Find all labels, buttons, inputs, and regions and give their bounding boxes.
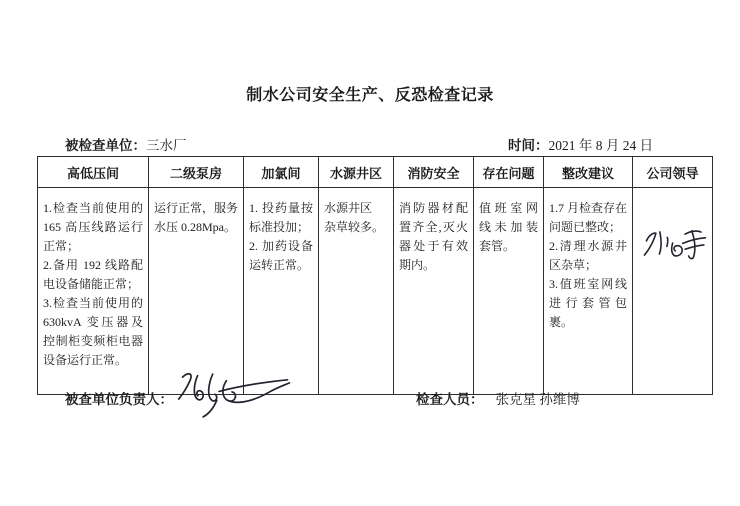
cell-text-water-source-well-area: 水源井区 杂草较多。 [324, 199, 388, 237]
cell-text-chlorination-room: 1. 投药量按标准投加； 2. 加药设备运转正常。 [249, 199, 313, 275]
responsible-person-line: 被查单位负责人： [65, 388, 173, 408]
date-value: 2021 年 8 月 24 日 [549, 138, 654, 153]
cell-text-high-low-voltage-room: 1.检查当前使用的165 高压线路运行正常； 2.备用 192 线路配电设备储能… [43, 199, 143, 370]
cell-fire-safety: 消防器材配置齐全,灭火器处于有效期内。 [394, 188, 474, 395]
inspected-unit-value: 三水厂 [146, 138, 187, 153]
cell-text-existing-problems: 值班室网线未加装套管。 [479, 199, 538, 256]
inspector-line: 检查人员：张克星 孙维博 [416, 388, 580, 408]
column-header-existing-problems: 存在问题 [474, 157, 544, 188]
document-page: 制水公司安全生产、反恐检查记录 被检查单位：三水厂 时间：2021 年 8 月 … [0, 0, 740, 506]
cell-company-leader-signature [633, 188, 713, 395]
inspector-label: 检查人员： [416, 392, 484, 407]
inspected-unit-line: 被检查单位：三水厂 [65, 134, 187, 154]
cell-text-rectification-suggestions: 1.7 月检查存在问题已整改； 2.清理水源井区杂草； 3.值班室网线进行套管包… [549, 199, 627, 332]
column-header-secondary-pump-room: 二级泵房 [149, 157, 244, 188]
column-header-fire-safety: 消防安全 [394, 157, 474, 188]
column-header-chlorination-room: 加氯间 [244, 157, 319, 188]
cell-secondary-pump-room: 运行正常，服务水压 0.28Mpa。 [149, 188, 244, 395]
column-header-company-leader: 公司领导 [633, 157, 713, 188]
inspector-names: 张克星 孙维博 [496, 392, 580, 407]
cell-text-fire-safety: 消防器材配置齐全,灭火器处于有效期内。 [399, 199, 468, 275]
column-header-high-low-voltage-room: 高低压间 [38, 157, 149, 188]
cell-high-low-voltage-room: 1.检查当前使用的165 高压线路运行正常； 2.备用 192 线路配电设备储能… [38, 188, 149, 395]
page-title: 制水公司安全生产、反恐检查记录 [0, 82, 740, 105]
cell-existing-problems: 值班室网线未加装套管。 [474, 188, 544, 395]
column-header-water-source-well-area: 水源井区 [319, 157, 394, 188]
column-header-rectification-suggestions: 整改建议 [544, 157, 633, 188]
date-label: 时间： [508, 138, 549, 153]
table-body-row: 1.检查当前使用的165 高压线路运行正常； 2.备用 192 线路配电设备储能… [38, 188, 713, 395]
cell-water-source-well-area: 水源井区 杂草较多。 [319, 188, 394, 395]
date-line: 时间：2021 年 8 月 24 日 [508, 134, 653, 154]
responsible-person-label: 被查单位负责人： [65, 392, 173, 407]
cell-chlorination-room: 1. 投药量按标准投加； 2. 加药设备运转正常。 [244, 188, 319, 395]
inspection-table: 高低压间 二级泵房 加氯间 水源井区 消防安全 存在问题 整改建议 公司领导 1… [37, 156, 713, 395]
cell-rectification-suggestions: 1.7 月检查存在问题已整改； 2.清理水源井区杂草； 3.值班室网线进行套管包… [544, 188, 633, 395]
cell-text-secondary-pump-room: 运行正常，服务水压 0.28Mpa。 [154, 199, 238, 237]
inspected-unit-label: 被检查单位： [65, 138, 146, 153]
table-header-row: 高低压间 二级泵房 加氯间 水源井区 消防安全 存在问题 整改建议 公司领导 [38, 157, 713, 188]
